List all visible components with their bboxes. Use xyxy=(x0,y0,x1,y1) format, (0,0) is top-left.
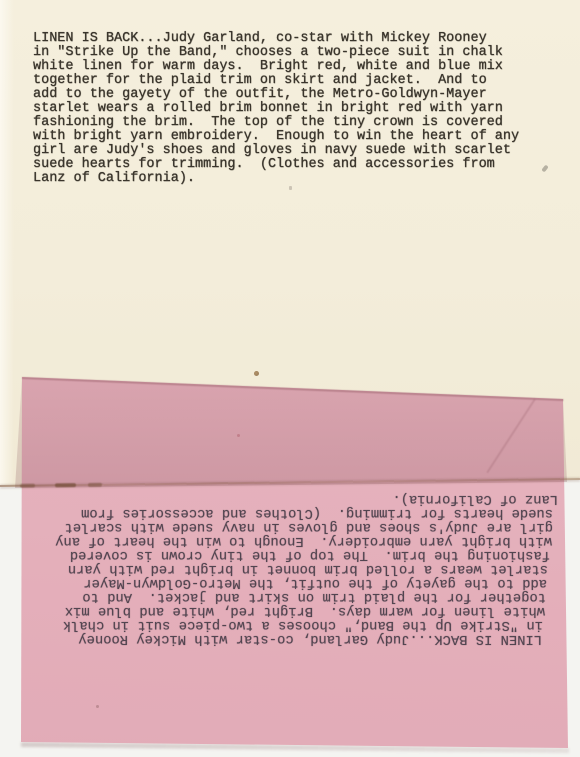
typed-line: suede hearts for trimming. (Clothes and … xyxy=(50,505,558,519)
typed-line: with bright yarn embroidery. Enough to w… xyxy=(33,130,519,144)
typed-text-front: LINEN IS BACK...Judy Garland, co-star wi… xyxy=(33,32,519,186)
typed-line: white linen for warm days. Bright red, w… xyxy=(50,603,558,617)
typed-line: Lanz of California). xyxy=(33,172,519,186)
crease-stain xyxy=(20,483,35,488)
typed-line: girl are Judy's shoes and gloves in navy… xyxy=(50,519,558,533)
crease-stain xyxy=(55,483,76,488)
typed-line: together for the plaid trim on skirt and… xyxy=(33,74,519,88)
typed-line: starlet wears a rolled brim bonnet in br… xyxy=(33,102,519,116)
typed-line: fashioning the brim. The top of the tiny… xyxy=(50,547,558,561)
typed-line: add to the gayety of the outfit, the Met… xyxy=(50,575,558,589)
typed-line: girl are Judy's shoes and gloves in navy… xyxy=(33,144,519,158)
typed-line: suede hearts for trimming. (Clothes and … xyxy=(33,158,519,172)
paper-left-edge-highlight xyxy=(0,0,14,487)
paper-speck xyxy=(96,705,99,708)
typed-line: fashioning the brim. The top of the tiny… xyxy=(33,116,519,130)
typed-line: in "Strike Up the Band," chooses a two-p… xyxy=(33,46,519,60)
document-photo: LINEN IS BACK...Judy Garland, co-star wi… xyxy=(0,0,580,757)
typed-line: LINEN IS BACK...Judy Garland, co-star wi… xyxy=(50,631,558,645)
typed-line: LINEN IS BACK...Judy Garland, co-star wi… xyxy=(33,32,519,46)
paper-speck xyxy=(254,371,259,376)
typed-text-back: LINEN IS BACK...Judy Garland, co-star wi… xyxy=(50,491,558,645)
typed-line: white linen for warm days. Bright red, w… xyxy=(33,60,519,74)
ink-speck xyxy=(289,186,292,190)
paper-speck xyxy=(237,434,240,437)
typed-line: add to the gayety of the outfit, the Met… xyxy=(33,88,519,102)
typed-line: Lanz of California). xyxy=(50,491,558,505)
crease-stain xyxy=(88,483,102,488)
typed-line: starlet wears a rolled brim bonnet in br… xyxy=(50,561,558,575)
typed-line: in "Strike Up the Band," chooses a two-p… xyxy=(50,617,558,631)
typed-line: together for the plaid trim on skirt and… xyxy=(50,589,558,603)
typed-line: with bright yarn embroidery. Enough to w… xyxy=(50,533,558,547)
